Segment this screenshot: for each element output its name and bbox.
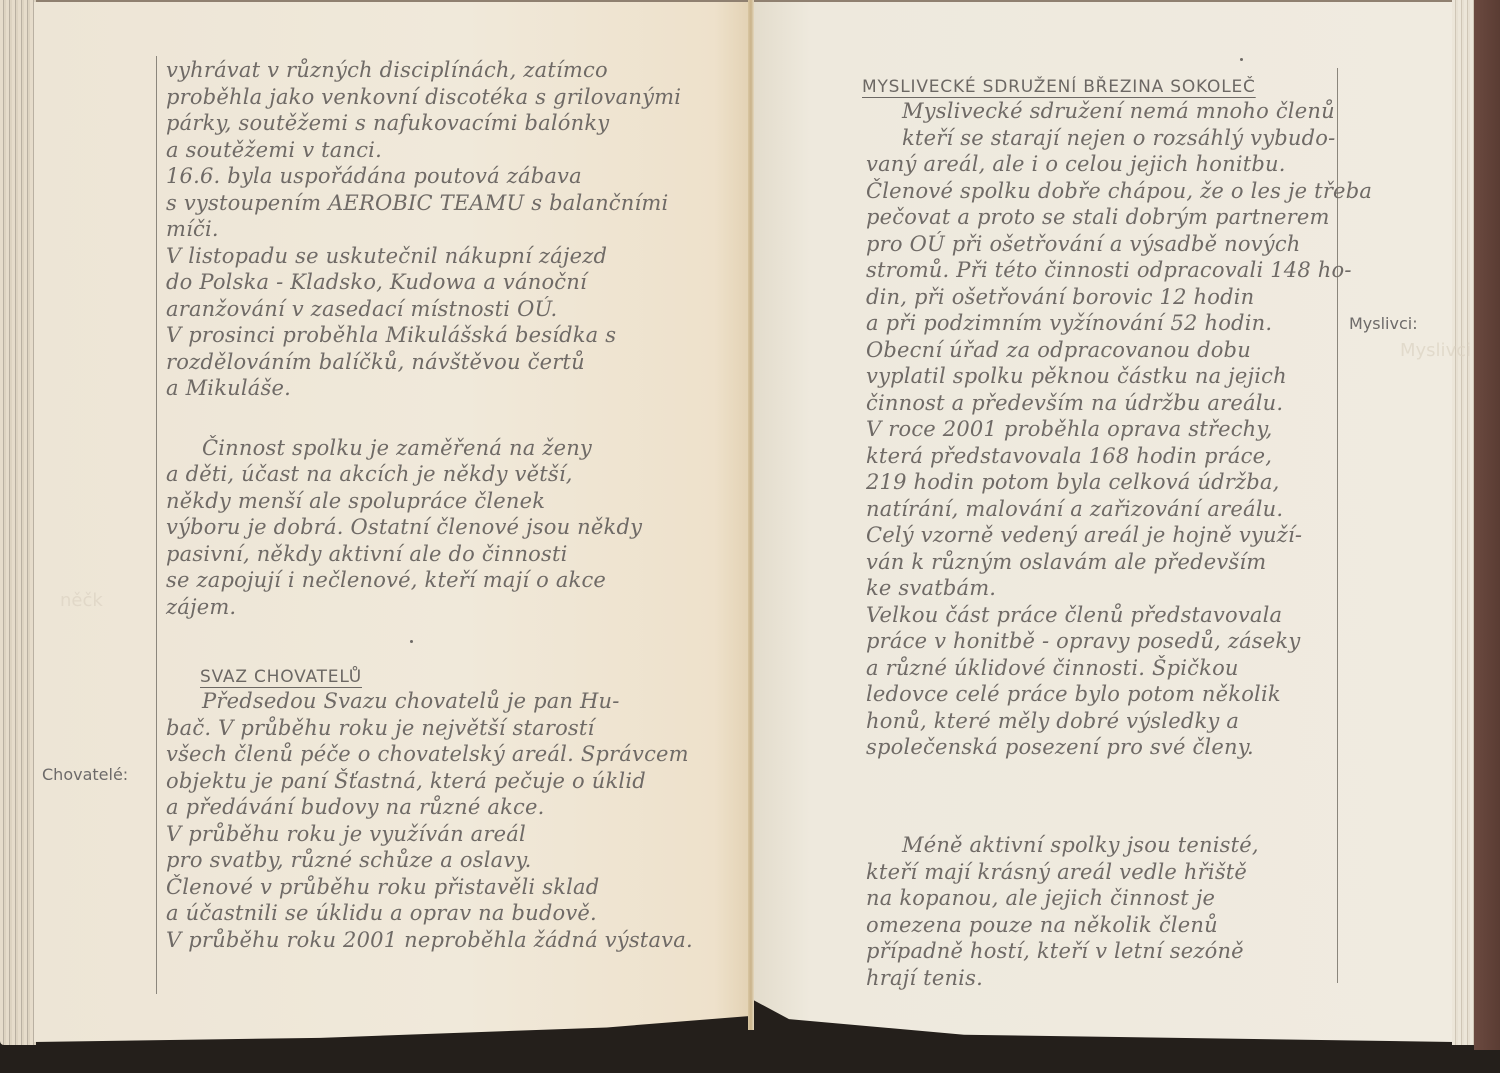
text-line: Celý vzorně vedený areál je hojně využí- [866, 522, 1372, 549]
pencil-dot [410, 640, 413, 643]
show-through-mark: Myslivci [1400, 340, 1471, 361]
text-line: míči. [166, 216, 681, 243]
text-line: a účastnili se úklidu a oprav na budově. [166, 900, 693, 927]
section-heading-myslivecke-sdruzeni: MYSLIVECKÉ SDRUŽENÍ BŘEZINA SOKOLEČ [862, 74, 1256, 101]
text-line: V průběhu roku 2001 neproběhla žádná výs… [166, 927, 693, 954]
text-line: a soutěžemi v tanci. [166, 137, 681, 164]
text-line: pro svatby, různé schůze a oslavy. [166, 847, 693, 874]
text-line: společenská posezení pro své členy. [866, 734, 1372, 761]
text-line: proběhla jako venkovní discotéka s grilo… [166, 84, 681, 111]
text-line: pečovat a proto se stali dobrým partnere… [866, 204, 1372, 231]
book-cover-edge [1474, 0, 1500, 1050]
text-line: vaný areál, ale i o celou jejich honitbu… [866, 151, 1372, 178]
text-line: bač. V průběhu roku je největší starostí [166, 715, 693, 742]
text-line: Činnost spolku je zaměřená na ženy [166, 435, 681, 462]
book-gutter [748, 0, 754, 1030]
text-line: aranžování v zasedací místnosti OÚ. [166, 296, 681, 323]
text-line: V průběhu roku je využíván areál [166, 821, 693, 848]
pencil-dot [1240, 58, 1243, 61]
text-line: práce v honitbě - opravy posedů, záseky [866, 628, 1372, 655]
text-line: Členové spolku dobře chápou, že o les je… [866, 178, 1372, 205]
text-line: kteří mají krásný areál vedle hřiště [866, 859, 1259, 886]
show-through-mark: něčk [60, 590, 103, 611]
left-page-stack [0, 0, 36, 1045]
text-line: Předsedou Svazu chovatelů je pan Hu- [166, 688, 693, 715]
text-line: párky, soutěžemi s nafukovacími balónky [166, 110, 681, 137]
left-page-text: vyhrávat v různých disciplínách, zatímco… [166, 57, 681, 620]
text-line: rozdělováním balíčků, návštěvou čertů [166, 349, 681, 376]
margin-note-chovatele: Chovatelé: [42, 765, 128, 784]
right-page-text: Myslivecké sdružení nemá mnoho členů kte… [866, 98, 1372, 761]
text-line: kteří se starají nejen o rozsáhlý vybudo… [866, 125, 1372, 152]
text-line: ledovce celé práce bylo potom několik [866, 681, 1372, 708]
text-line: V prosinci proběhla Mikulášská besídka s [166, 322, 681, 349]
text-line: Méně aktivní spolky jsou tenisté, [866, 832, 1259, 859]
text-line: Velkou část práce členů představovala [866, 602, 1372, 629]
text-line: honů, které měly dobré výsledky a [866, 708, 1372, 735]
text-line: hrají tenis. [866, 965, 1259, 992]
text-line: na kopanou, ale jejich činnost je [866, 885, 1259, 912]
text-line: V roce 2001 proběhla oprava střechy, [866, 416, 1372, 443]
text-line: zájem. [166, 594, 681, 621]
text-line: pro OÚ při ošetřování a výsadbě nových [866, 231, 1372, 258]
text-line: 16.6. byla uspořádána poutová zábava [166, 163, 681, 190]
text-line: omezena pouze na několik členů [866, 912, 1259, 939]
left-page-section-text: Předsedou Svazu chovatelů je pan Hu- bač… [166, 688, 693, 953]
text-line: din, při ošetřování borovic 12 hodin [866, 284, 1372, 311]
text-line: Myslivecké sdružení nemá mnoho členů [866, 98, 1372, 125]
text-line: ke svatbám. [866, 575, 1372, 602]
book-scan: něčk Myslivci Chovatelé: vyhrávat v různ… [0, 0, 1500, 1073]
section-heading-svaz-chovatelu: SVAZ CHOVATELŮ [200, 664, 362, 691]
text-line: všech členů péče o chovatelský areál. Sp… [166, 741, 693, 768]
text-line: natírání, malování a zařizování areálu. [866, 496, 1372, 523]
text-line: a při podzimním vyžínování 52 hodin. [866, 310, 1372, 337]
text-line: a Mikuláše. [166, 375, 681, 402]
right-page-text-tenis: Méně aktivní spolky jsou tenisté, kteří … [866, 832, 1259, 991]
text-line: s vystoupením AEROBIC TEAMU s balančními [166, 190, 681, 217]
text-line: vyhrávat v různých disciplínách, zatímco [166, 57, 681, 84]
text-line: pasivní, někdy aktivní ale do činnosti [166, 541, 681, 568]
text-line: výboru je dobrá. Ostatní členové jsou ně… [166, 514, 681, 541]
text-line: stromů. Při této činnosti odpracovali 14… [866, 257, 1372, 284]
text-line: ván k různým oslavám ale především [866, 549, 1372, 576]
text-line: a různé úklidové činnosti. Špičkou [866, 655, 1372, 682]
text-line: někdy menší ale spolupráce členek [166, 488, 681, 515]
text-line: a předávání budovy na různé akce. [166, 794, 693, 821]
text-line: a děti, účast na akcích je někdy větší, [166, 461, 681, 488]
text-line: vyplatil spolku pěknou částku na jejich [866, 363, 1372, 390]
text-line: Členové v průběhu roku přistavěli sklad [166, 874, 693, 901]
left-margin-rule [156, 56, 157, 994]
text-line: Obecní úřad za odpracovanou dobu [866, 337, 1372, 364]
text-line: objektu je paní Šťastná, která pečuje o … [166, 768, 693, 795]
text-line: V listopadu se uskutečnil nákupní zájezd [166, 243, 681, 270]
text-line: činnost a především na údržbu areálu. [866, 390, 1372, 417]
text-line: do Polska - Kladsko, Kudowa a vánoční [166, 269, 681, 296]
text-line: 219 hodin potom byla celková údržba, [866, 469, 1372, 496]
text-line: se zapojují i nečlenové, kteří mají o ak… [166, 567, 681, 594]
text-line: případně hostí, kteří v letní sezóně [866, 938, 1259, 965]
text-line: která představovala 168 hodin práce, [866, 443, 1372, 470]
right-page-stack [1452, 0, 1474, 1045]
